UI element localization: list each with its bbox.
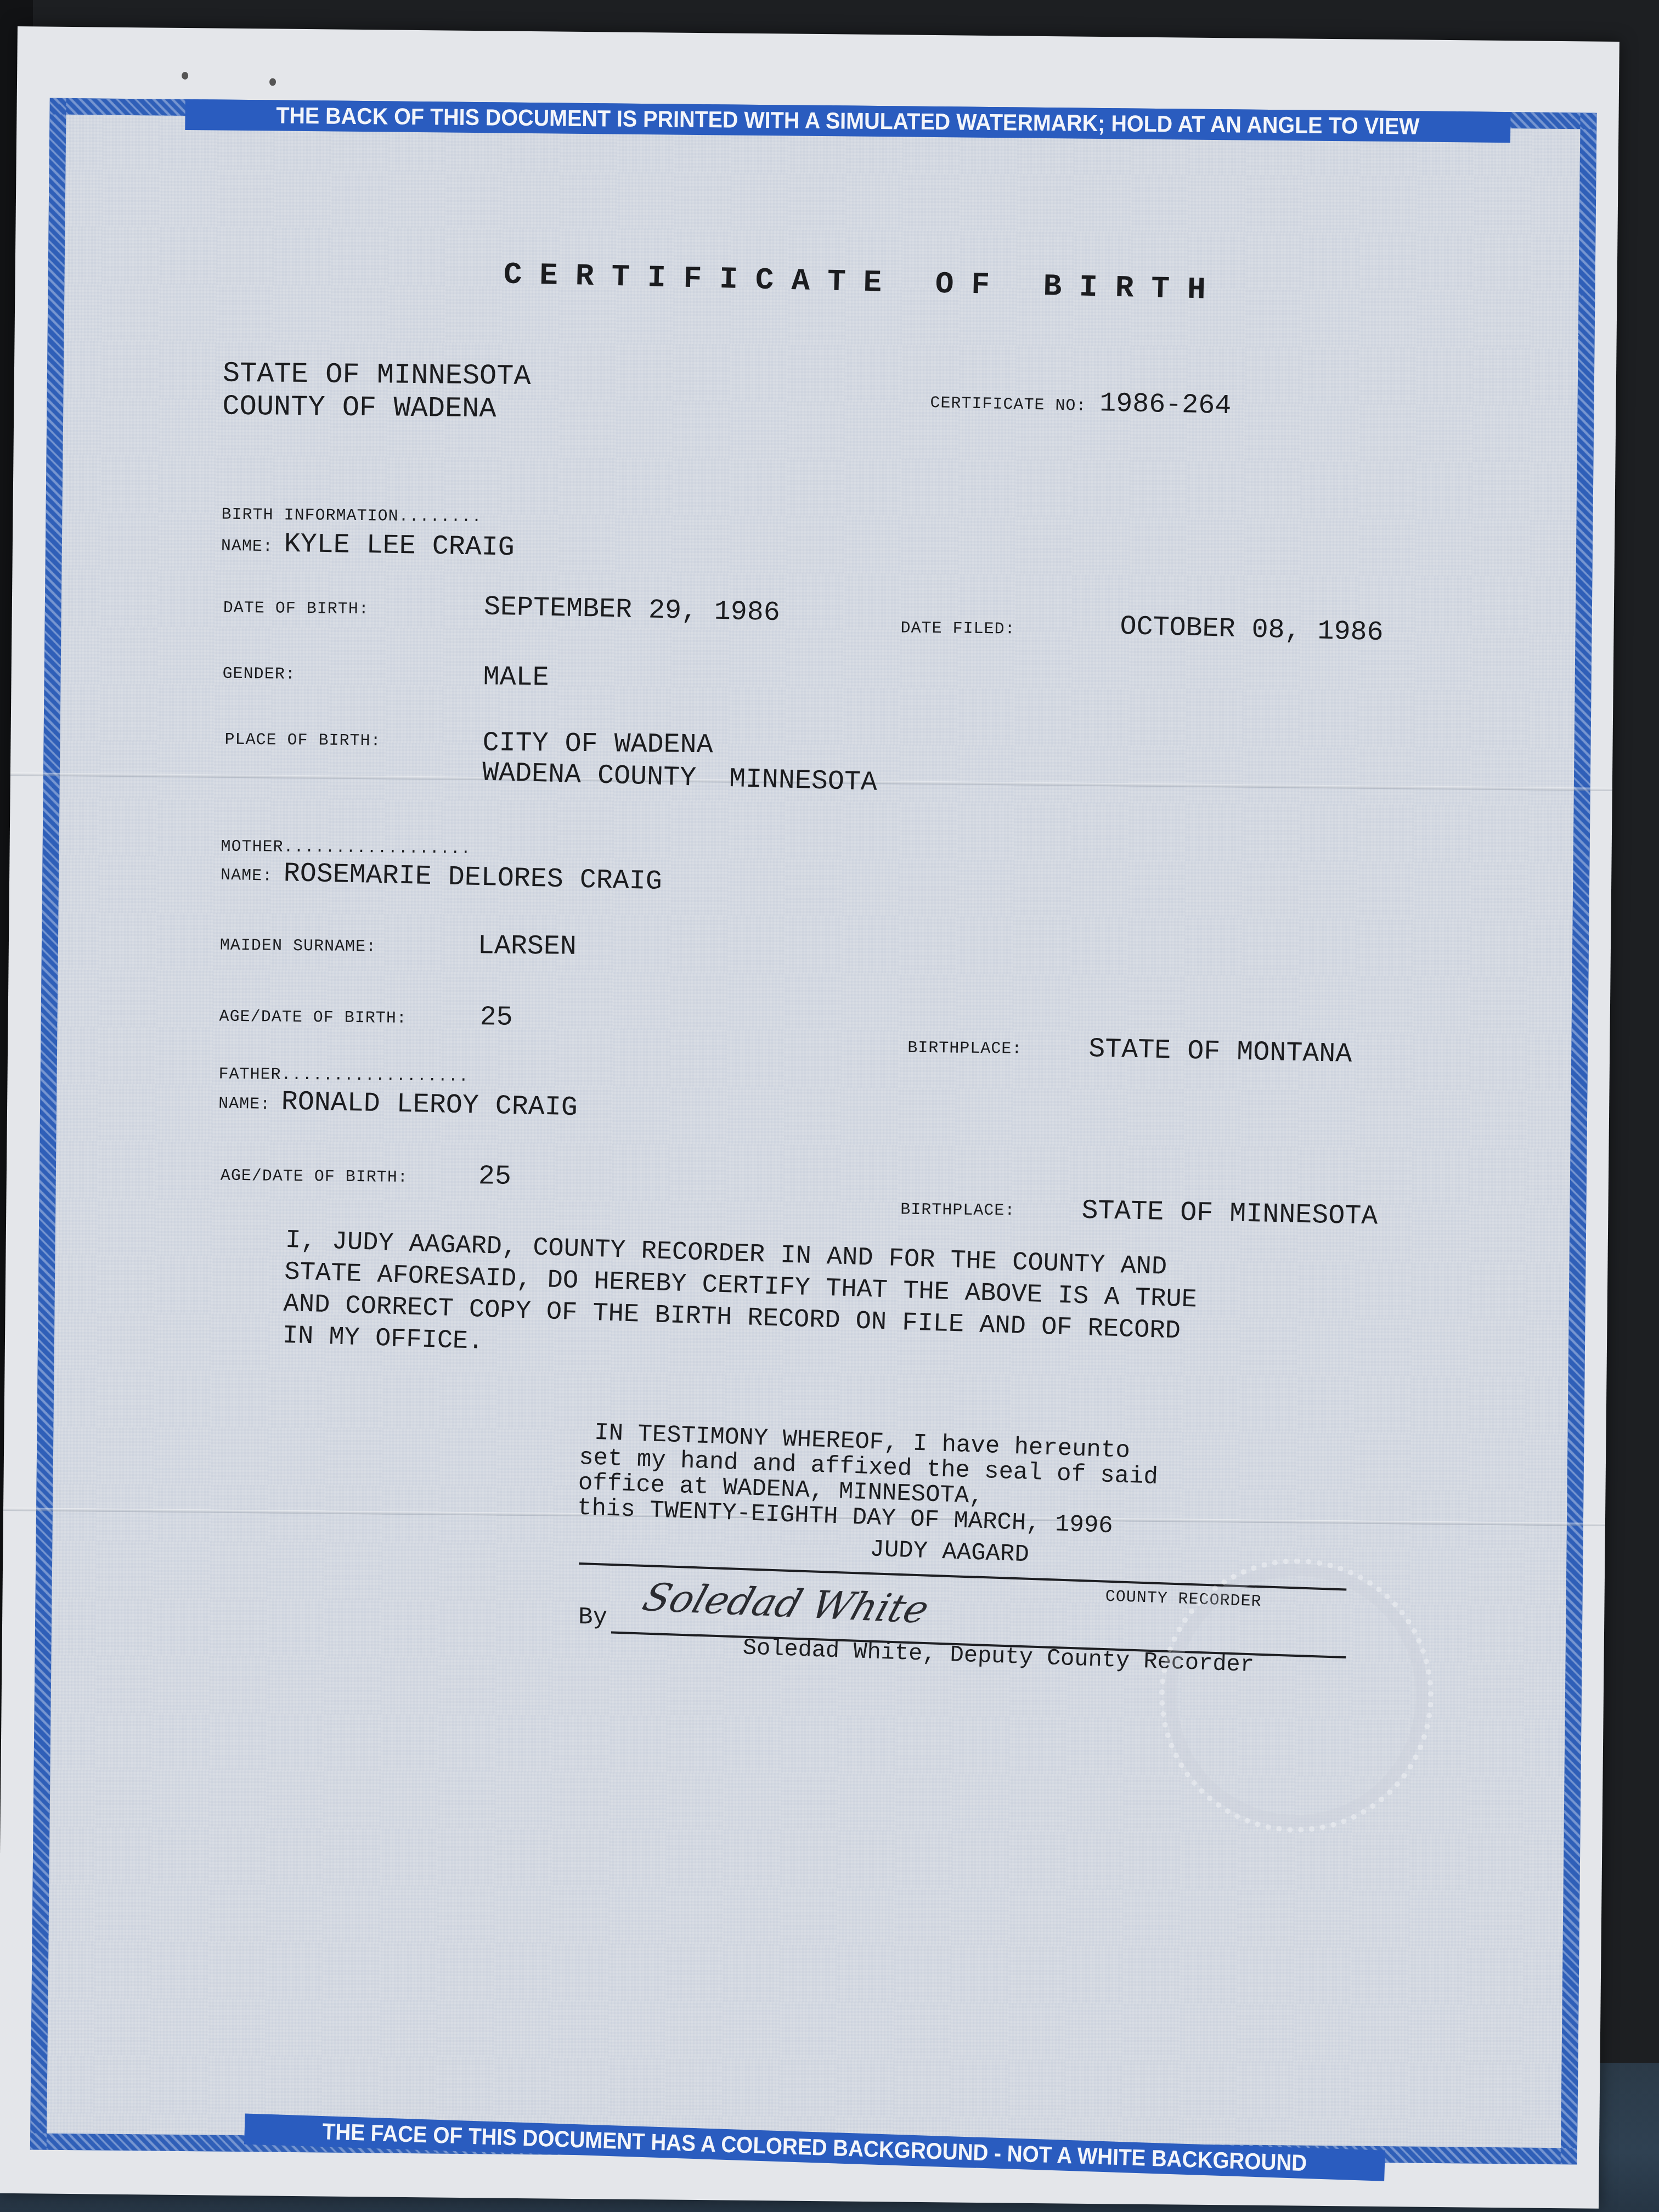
certificate-body: CERTIFICATE OF BIRTH STATE OF MINNESOTA … — [178, 99, 1569, 2142]
state-name: STATE OF MINNESOTA — [223, 358, 531, 393]
father-name-value: RONALD LEROY CRAIG — [281, 1086, 578, 1124]
place-of-birth-county-state: WADENA COUNTY MINNESOTA — [482, 758, 877, 799]
mother-age-label: AGE/DATE OF BIRTH: — [219, 1008, 407, 1028]
date-filed-value: OCTOBER 08, 1986 — [1120, 611, 1384, 648]
child-name-field: NAME: KYLE LEE CRAIG — [221, 528, 515, 564]
dob-label: DATE OF BIRTH: — [223, 599, 369, 619]
mother-birthplace-value: STATE OF MONTANA — [1088, 1034, 1352, 1070]
mother-age-value: 25 — [479, 1002, 513, 1034]
by-label: By — [578, 1604, 607, 1632]
mother-birthplace-label: BIRTHPLACE: — [907, 1039, 1022, 1059]
mother-maiden-label: MAIDEN SURNAME: — [220, 936, 376, 957]
certificate-number-field: CERTIFICATE NO: 1986-264 — [930, 385, 1232, 422]
father-birthplace-value: STATE OF MINNESOTA — [1081, 1195, 1378, 1233]
certificate-number-label: CERTIFICATE NO: — [930, 394, 1087, 416]
birth-certificate-document: THE BACK OF THIS DOCUMENT IS PRINTED WIT… — [0, 26, 1620, 2209]
hole-icon — [269, 78, 276, 86]
embossed-seal-icon — [1158, 1557, 1435, 1834]
county-name: COUNTY OF WADENA — [222, 391, 496, 426]
certification-statement: I, JUDY AAGARD, COUNTY RECORDER IN AND F… — [282, 1225, 1198, 1380]
recorder-name: JUDY AAGARD — [870, 1536, 1030, 1569]
father-name-label: NAME: — [218, 1094, 271, 1114]
gender-value: MALE — [483, 662, 549, 693]
deputy-signature: Soledad White — [637, 1575, 935, 1632]
testimony-statement: IN TESTIMONY WHEREOF, I have hereunto se… — [577, 1420, 1159, 1541]
father-age-label: AGE/DATE OF BIRTH: — [221, 1167, 408, 1187]
mother-name-field: NAME: ROSEMARIE DELORES CRAIG — [221, 857, 663, 898]
mother-heading: MOTHER.................. — [221, 838, 471, 859]
mother-name-value: ROSEMARIE DELORES CRAIG — [283, 858, 662, 898]
dob-value: SEPTEMBER 29, 1986 — [483, 591, 780, 629]
child-name-value: KYLE LEE CRAIG — [284, 529, 515, 564]
mother-maiden-value: LARSEN — [478, 930, 577, 963]
child-name-label: NAME: — [221, 537, 274, 557]
mother-name-label: NAME: — [221, 866, 273, 886]
certificate-number-value: 1986-264 — [1099, 388, 1232, 422]
place-of-birth-label: PLACE OF BIRTH: — [224, 731, 381, 751]
hole-icon — [182, 72, 188, 80]
father-age-value: 25 — [478, 1161, 512, 1193]
place-of-birth-city: CITY OF WADENA — [482, 727, 713, 761]
father-birthplace-label: BIRTHPLACE: — [900, 1201, 1015, 1221]
certificate-title: CERTIFICATE OF BIRTH — [503, 257, 1223, 308]
date-filed-label: DATE FILED: — [900, 619, 1015, 639]
father-name-field: NAME: RONALD LEROY CRAIG — [218, 1085, 578, 1124]
gender-label: GENDER: — [223, 665, 296, 684]
father-heading: FATHER.................. — [219, 1065, 469, 1086]
birth-information-heading: BIRTH INFORMATION........ — [221, 506, 482, 527]
